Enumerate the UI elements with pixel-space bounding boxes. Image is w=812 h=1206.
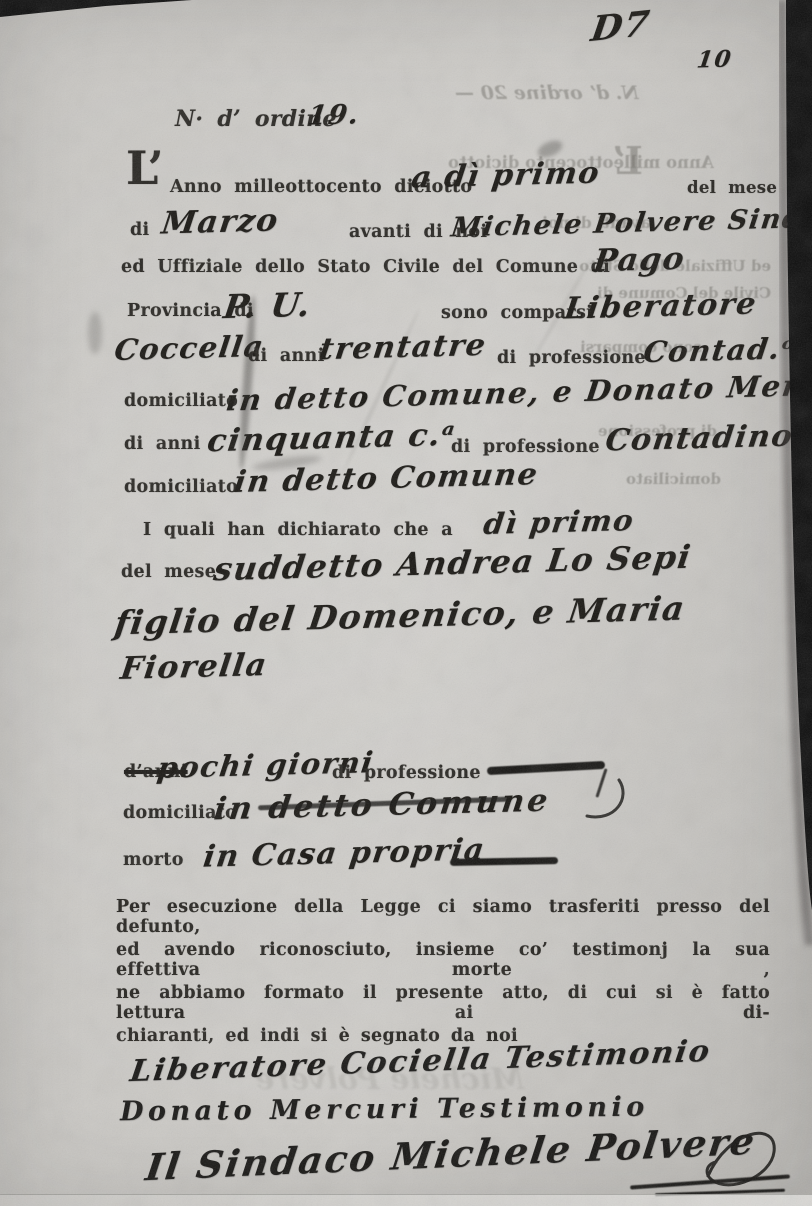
printed-domiciliato-1: domiciliato bbox=[124, 391, 238, 411]
ink-dash bbox=[487, 761, 605, 775]
hand-entry-witness1-last: Coccella bbox=[112, 329, 266, 367]
hand-entry-official: Michele Polvere Sind.ᵒ — bbox=[449, 202, 812, 244]
hand-entry-death-place: in Casa propria bbox=[201, 832, 487, 874]
hand-entry-witness1-domicile-and-witness2: in detto Comune, e Donato Mercuri bbox=[225, 367, 812, 418]
printed-uffiziale-line: ed Uffiziale dello Stato Civile del Comu… bbox=[121, 257, 610, 277]
hand-entry-day: a dì primo bbox=[409, 156, 602, 196]
hand-entry-witness1-age: trentatre bbox=[317, 328, 488, 367]
ink-smudge bbox=[88, 312, 102, 354]
printed-di-professione-3: di professione bbox=[332, 763, 481, 783]
hand-entry-witness2-age: cinquanta c.ᵃ bbox=[205, 417, 458, 459]
printed-di-anni-2: di anni bbox=[124, 434, 201, 454]
hand-entry-parents: figlio del Domenico, e Maria bbox=[112, 589, 688, 643]
hand-entry-deceased-name: suddetto Andrea Lo Sepi bbox=[212, 538, 694, 588]
hand-entry-witness2-domicile: in detto Comune bbox=[232, 457, 541, 500]
ink-dash bbox=[595, 768, 607, 797]
legal-text-line: ne abbiamo formato il presente atto, di … bbox=[116, 983, 770, 1023]
printed-di-professione-2: di professione bbox=[451, 437, 600, 457]
hand-entry-witness1-profession: Contad.ᵒ- bbox=[641, 331, 811, 369]
hand-entry-witness2-profession: Contadino bbox=[603, 419, 795, 459]
hand-entry-month: Marzo bbox=[159, 202, 281, 241]
printed-dichiarato-line: I quali han dichiarato che a bbox=[143, 520, 453, 540]
hand-entry-death-day: dì primo bbox=[481, 503, 636, 541]
hand-entry-comune: Pago bbox=[591, 241, 687, 279]
legal-text-line: ed avendo riconosciuto, insieme co’ test… bbox=[116, 940, 770, 980]
signature-mayor: Il Sindaco Michele Polvere bbox=[143, 1119, 759, 1189]
drop-cap-initial: L’ bbox=[126, 141, 164, 195]
pen-flourish bbox=[585, 778, 635, 824]
printed-di-anni-1: di anni bbox=[248, 346, 325, 366]
printed-di: di bbox=[130, 220, 149, 240]
order-number: 19. bbox=[306, 99, 362, 131]
archive-corner-mark: D7 bbox=[588, 3, 653, 50]
bleed-through-text: domiciliato bbox=[626, 470, 721, 488]
scan-corner-wedge bbox=[0, 0, 192, 17]
ink-dash bbox=[450, 857, 558, 866]
bottom-page-edge bbox=[0, 1194, 812, 1206]
hand-entry-witness1-first: Liberatore bbox=[562, 286, 759, 326]
printed-di-professione-1: di professione bbox=[497, 348, 646, 368]
printed-del-mese: del mese bbox=[687, 178, 777, 197]
signature-witness2: Donato Mercuri Testimonio bbox=[120, 1092, 649, 1128]
legal-text-line: Per esecuzione della Legge ci siamo tras… bbox=[116, 897, 770, 937]
printed-morto: morto bbox=[123, 850, 184, 870]
printed-domiciliato-2: domiciliato bbox=[124, 477, 238, 497]
hand-entry-provincia: P. U. bbox=[221, 285, 314, 326]
signature-underline bbox=[630, 1174, 790, 1189]
sheet-number: 10 bbox=[695, 46, 734, 74]
hand-entry-mother-surname: Fiorella bbox=[118, 647, 269, 687]
scanned-document-page: N. d’ ordine 20 — L’ Anno milleottocento… bbox=[0, 0, 812, 1206]
bleed-through-text: N. d’ ordine 20 — bbox=[455, 82, 639, 104]
printed-del-mese-2: del mese bbox=[121, 562, 216, 582]
